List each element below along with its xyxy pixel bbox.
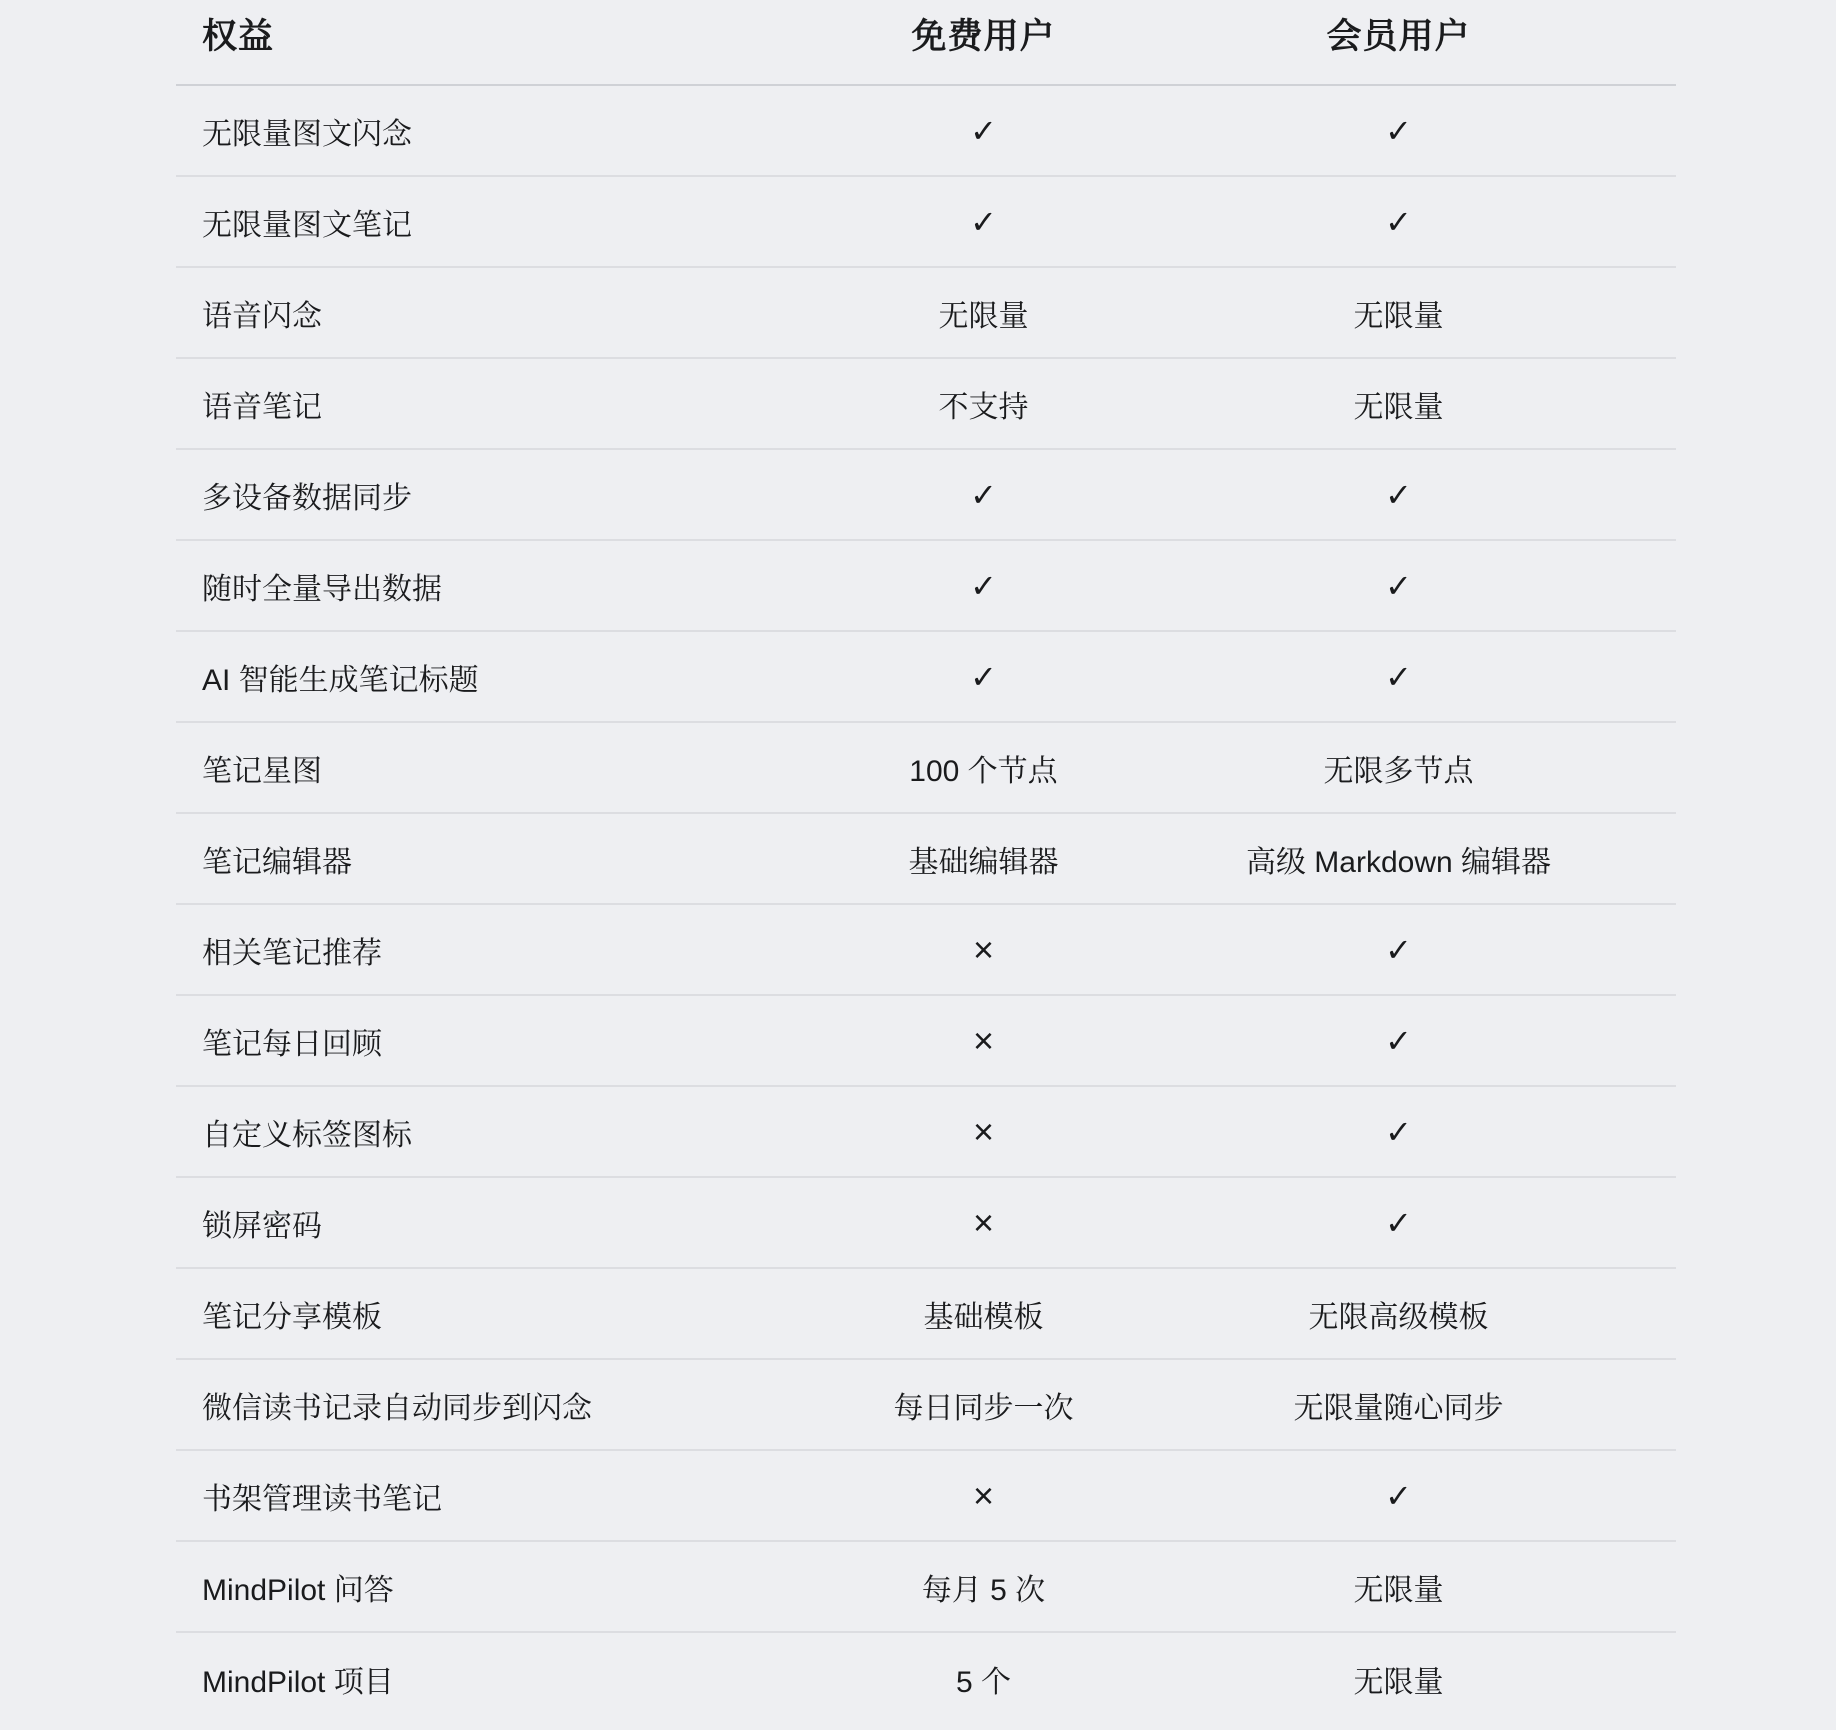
member-user-value: 无限高级模板 xyxy=(1191,1292,1606,1336)
benefit-label: 语音闪念 xyxy=(176,291,776,335)
table-row: 书架管理读书笔记 × ✓ xyxy=(176,1451,1676,1542)
benefit-label: 语音笔记 xyxy=(176,382,776,426)
table-row: 语音闪念 无限量 无限量 xyxy=(176,268,1676,359)
free-check-icon: ✓ xyxy=(776,658,1191,696)
table-row: 笔记分享模板 基础模板 无限高级模板 xyxy=(176,1269,1676,1360)
free-user-value: 每日同步一次 xyxy=(776,1383,1191,1427)
member-user-value: 高级 Markdown 编辑器 xyxy=(1191,837,1606,881)
free-user-value: 5 个 xyxy=(776,1657,1191,1701)
free-user-value: 基础模板 xyxy=(776,1292,1191,1336)
benefit-label: AI 智能生成笔记标题 xyxy=(176,655,776,699)
table-body: 无限量图文闪念 ✓ ✓ 无限量图文笔记 ✓ ✓ 语音闪念 无限量 无限量 语音笔… xyxy=(176,86,1676,1724)
table-row: 笔记编辑器 基础编辑器 高级 Markdown 编辑器 xyxy=(176,814,1676,905)
benefit-label: 笔记每日回顾 xyxy=(176,1019,776,1063)
free-user-value: 基础编辑器 xyxy=(776,837,1191,881)
member-user-value: 无限量 xyxy=(1191,1565,1606,1609)
table-row: 随时全量导出数据 ✓ ✓ xyxy=(176,541,1676,632)
free-cross-icon: × xyxy=(776,1020,1191,1062)
free-check-icon: ✓ xyxy=(776,567,1191,605)
member-check-icon: ✓ xyxy=(1191,203,1606,241)
free-check-icon: ✓ xyxy=(776,203,1191,241)
benefit-label: 无限量图文笔记 xyxy=(176,200,776,244)
free-user-value: 每月 5 次 xyxy=(776,1565,1191,1609)
benefits-comparison-table: 权益 免费用户 会员用户 无限量图文闪念 ✓ ✓ 无限量图文笔记 ✓ ✓ 语音闪… xyxy=(176,0,1676,1724)
table-row: MindPilot 项目 5 个 无限量 xyxy=(176,1633,1676,1724)
table-row: 相关笔记推荐 × ✓ xyxy=(176,905,1676,996)
benefit-label: 无限量图文闪念 xyxy=(176,109,776,153)
free-user-value: 不支持 xyxy=(776,382,1191,426)
table-row: 自定义标签图标 × ✓ xyxy=(176,1087,1676,1178)
table-row: 微信读书记录自动同步到闪念 每日同步一次 无限量随心同步 xyxy=(176,1360,1676,1451)
table-row: 语音笔记 不支持 无限量 xyxy=(176,359,1676,450)
member-check-icon: ✓ xyxy=(1191,1022,1606,1060)
table-row: 无限量图文闪念 ✓ ✓ xyxy=(176,86,1676,177)
member-check-icon: ✓ xyxy=(1191,931,1606,969)
member-user-value: 无限量 xyxy=(1191,382,1606,426)
free-cross-icon: × xyxy=(776,929,1191,971)
member-check-icon: ✓ xyxy=(1191,1204,1606,1242)
benefit-label: 锁屏密码 xyxy=(176,1201,776,1245)
member-check-icon: ✓ xyxy=(1191,1113,1606,1151)
member-check-icon: ✓ xyxy=(1191,112,1606,150)
benefit-label: 笔记分享模板 xyxy=(176,1292,776,1336)
benefit-label: 微信读书记录自动同步到闪念 xyxy=(176,1383,776,1427)
benefit-label: 随时全量导出数据 xyxy=(176,564,776,608)
free-check-icon: ✓ xyxy=(776,476,1191,514)
member-user-value: 无限多节点 xyxy=(1191,746,1606,790)
benefit-label: 相关笔记推荐 xyxy=(176,928,776,972)
free-user-value: 无限量 xyxy=(776,291,1191,335)
benefit-label: 自定义标签图标 xyxy=(176,1110,776,1154)
benefit-label: 书架管理读书笔记 xyxy=(176,1474,776,1518)
member-check-icon: ✓ xyxy=(1191,476,1606,514)
free-user-value: 100 个节点 xyxy=(776,746,1191,790)
benefit-label: MindPilot 项目 xyxy=(176,1657,776,1701)
member-user-value: 无限量随心同步 xyxy=(1191,1383,1606,1427)
benefit-label: 笔记编辑器 xyxy=(176,837,776,881)
table-row: 笔记每日回顾 × ✓ xyxy=(176,996,1676,1087)
table-row: 锁屏密码 × ✓ xyxy=(176,1178,1676,1269)
table-row: AI 智能生成笔记标题 ✓ ✓ xyxy=(176,632,1676,723)
benefit-label: MindPilot 问答 xyxy=(176,1565,776,1609)
header-free-user: 免费用户 xyxy=(776,9,1191,75)
free-cross-icon: × xyxy=(776,1202,1191,1244)
header-member-user: 会员用户 xyxy=(1191,9,1606,75)
member-user-value: 无限量 xyxy=(1191,1657,1606,1701)
member-check-icon: ✓ xyxy=(1191,1477,1606,1515)
member-check-icon: ✓ xyxy=(1191,658,1606,696)
table-row: MindPilot 问答 每月 5 次 无限量 xyxy=(176,1542,1676,1633)
table-row: 笔记星图 100 个节点 无限多节点 xyxy=(176,723,1676,814)
benefit-label: 多设备数据同步 xyxy=(176,473,776,517)
free-check-icon: ✓ xyxy=(776,112,1191,150)
header-benefit: 权益 xyxy=(176,9,776,75)
member-check-icon: ✓ xyxy=(1191,567,1606,605)
table-row: 多设备数据同步 ✓ ✓ xyxy=(176,450,1676,541)
member-user-value: 无限量 xyxy=(1191,291,1606,335)
free-cross-icon: × xyxy=(776,1475,1191,1517)
table-row: 无限量图文笔记 ✓ ✓ xyxy=(176,177,1676,268)
table-header-row: 权益 免费用户 会员用户 xyxy=(176,0,1676,86)
free-cross-icon: × xyxy=(776,1111,1191,1153)
benefit-label: 笔记星图 xyxy=(176,746,776,790)
